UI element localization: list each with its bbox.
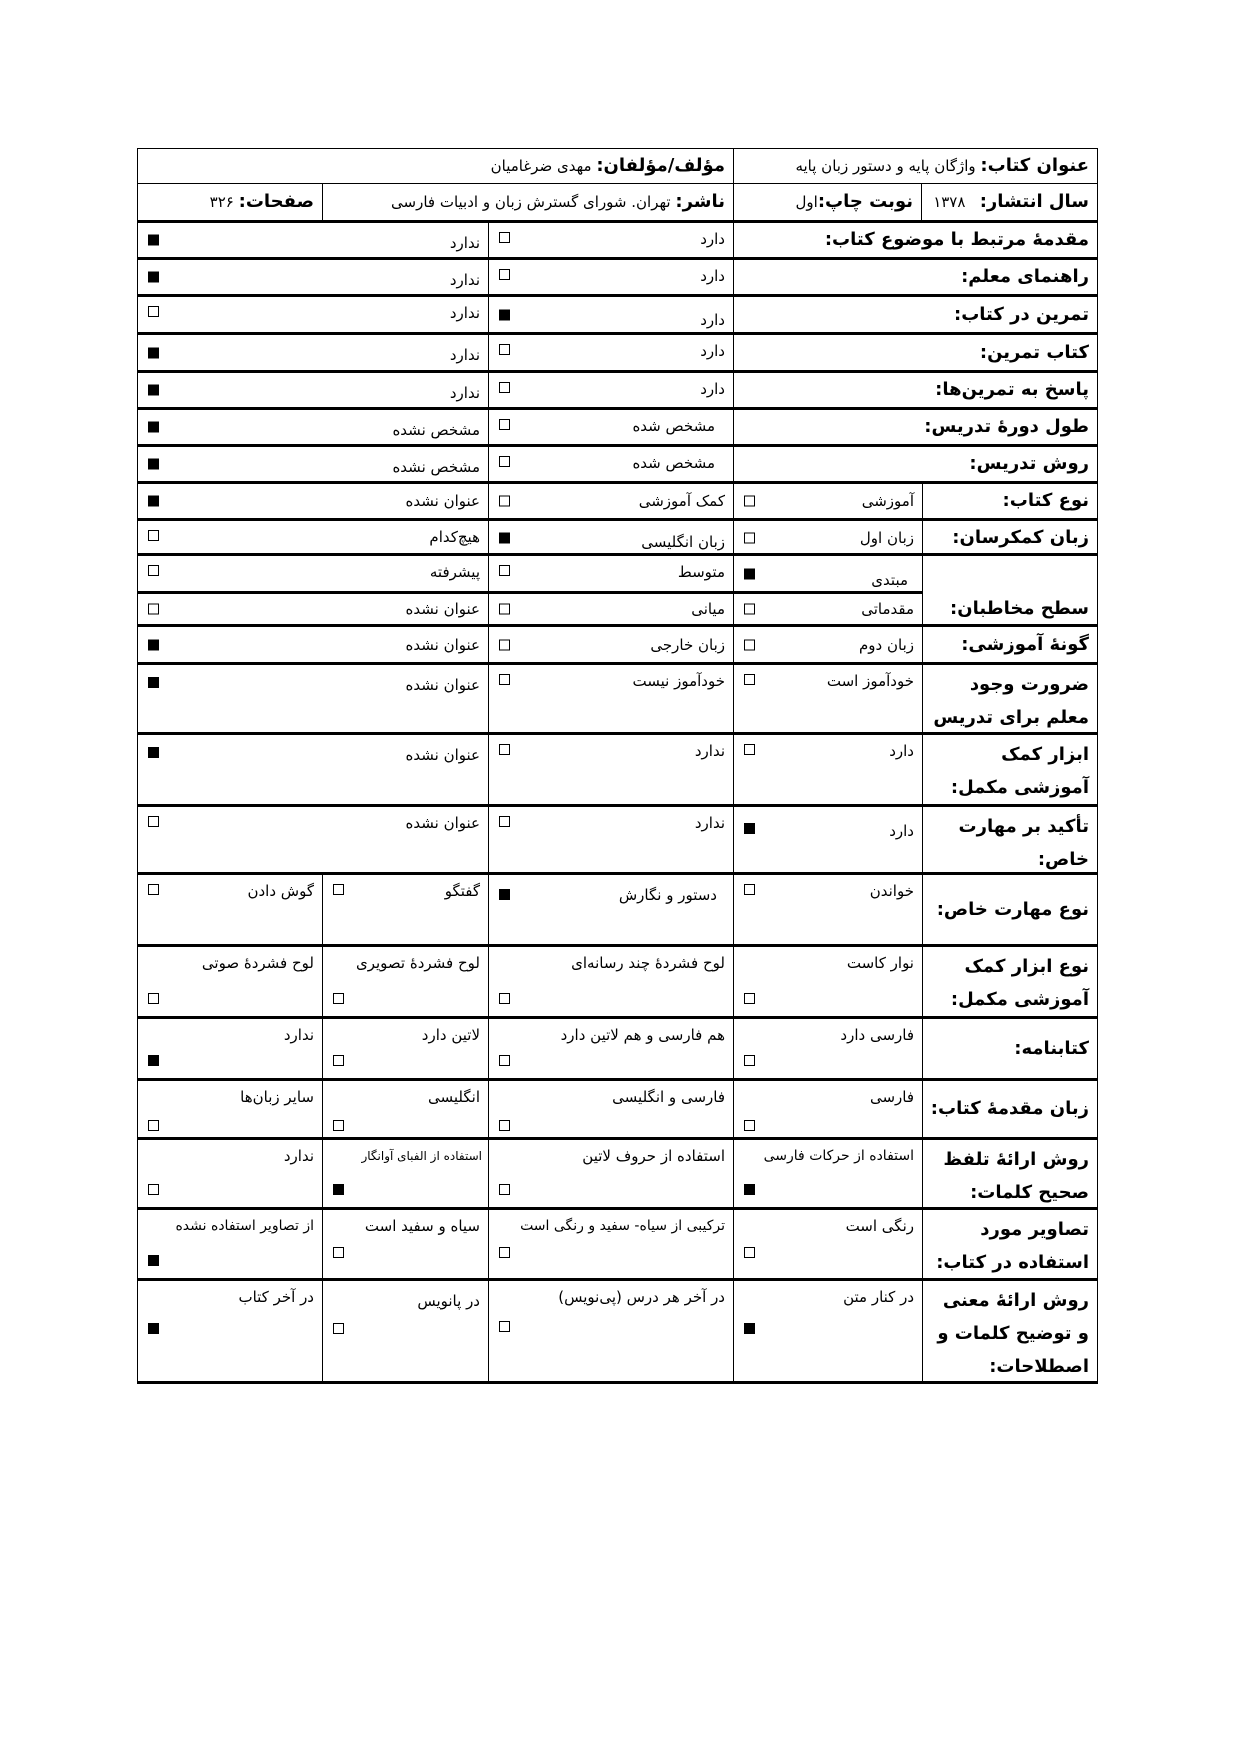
option-cell: هم فارسی و هم لاتین دارد [488,1016,734,1079]
option-cell: لوح فشردهٔ چند رسانه‌ای [488,944,734,1017]
checkbox-checked[interactable] [148,385,159,396]
checkbox-unchecked[interactable] [499,419,510,430]
checkbox-unchecked[interactable] [333,884,344,895]
checkbox-unchecked[interactable] [744,604,755,615]
option-cell: ندارد [488,804,734,873]
row-label-skill-emphasis: تأکید بر مهارت خاص: [922,804,1098,873]
option-cell: نوار کاست [733,944,923,1017]
checkbox-unchecked[interactable] [499,344,510,355]
option-cell: گفتگو [322,872,489,945]
option-cell: مشخص نشده [137,407,489,445]
book-title-label: عنوان کتاب: [980,155,1089,176]
option-cell: در آخر هر درس (پی‌نویس) [488,1278,734,1384]
checkbox-unchecked[interactable] [744,1120,755,1131]
row-label-images: تصاویر مورد استفاده در کتاب: [922,1207,1098,1279]
checkbox-unchecked[interactable] [333,1247,344,1258]
edition-cell: نوبت چاپ:اول [733,183,922,221]
option-cell: عنوان نشده [137,624,489,663]
checkbox-checked[interactable] [148,1255,159,1266]
checkbox-unchecked[interactable] [148,604,159,615]
checkbox-unchecked[interactable] [499,1184,510,1195]
checkbox-checked[interactable] [333,1184,344,1195]
checkbox-checked[interactable] [148,1055,159,1066]
row-label-pronunciation: روش ارائهٔ تلفظ صحیح کلمات: [922,1137,1098,1208]
checkbox-unchecked[interactable] [744,744,755,755]
row-label-educational-type: گونهٔ آموزشی: [922,624,1098,663]
checkbox-unchecked[interactable] [744,532,755,543]
checkbox-unchecked[interactable] [148,1120,159,1131]
author-label: مؤلف/مؤلفان: [596,155,725,176]
row-label-workbook: کتاب تمرین: [733,332,1098,371]
checkbox-unchecked[interactable] [499,1120,510,1131]
option-cell: خواندن [733,872,923,945]
checkbox-unchecked[interactable] [744,639,755,650]
checkbox-unchecked[interactable] [499,269,510,280]
checkbox-checked[interactable] [148,747,159,758]
checkbox-unchecked[interactable] [333,1323,344,1334]
option-cell: خودآموز نیست [488,662,734,733]
option-cell: دارد [488,257,734,295]
option-cell: عنوان نشده [137,591,489,625]
author-cell: مؤلف/مؤلفان: مهدی ضرغامیان [137,148,734,185]
document-page: عنوان کتاب: واژگان پایه و دستور زبان پای… [0,0,1241,1755]
option-cell: سیاه و سفید است [322,1207,489,1279]
option-cell: دستور و نگارش [488,872,734,945]
option-cell: زبان خارجی [488,624,734,663]
option-cell: ندارد [137,220,489,258]
option-cell: ندارد [137,332,489,371]
checkbox-unchecked[interactable] [148,565,159,576]
option-cell: مشخص شده [488,407,734,445]
option-cell: دارد [488,294,734,333]
option-cell: متوسط [488,553,734,593]
option-cell: فارسی [733,1078,923,1138]
option-cell: دارد [733,732,923,805]
checkbox-unchecked[interactable] [499,565,510,576]
option-cell: ندارد [137,294,489,333]
year-cell: سال انتشار: ۱۳۷۸ [921,183,1098,221]
year-value: ۱۳۷۸ [933,193,965,211]
checkbox-unchecked[interactable] [333,1055,344,1066]
option-cell: کمک آموزشی [488,481,734,519]
row-label-tool-type: نوع ابزار کمک آموزشی مکمل: [922,944,1098,1017]
option-cell: دارد [488,332,734,371]
pages-value: ۳۲۶ [210,193,234,211]
checkbox-checked[interactable] [148,639,159,650]
checkbox-unchecked[interactable] [148,306,159,317]
checkbox-unchecked[interactable] [744,674,755,685]
option-cell: مشخص نشده [137,444,489,482]
checkbox-unchecked[interactable] [499,232,510,243]
checkbox-checked[interactable] [148,677,159,688]
checkbox-unchecked[interactable] [333,1120,344,1131]
option-cell: پیشرفته [137,553,489,593]
checkbox-unchecked[interactable] [744,1055,755,1066]
book-title-value: واژگان پایه و دستور زبان پایه [795,157,975,175]
pages-label: صفحات: [239,191,314,212]
pages-cell: صفحات: ۳۲۶ [137,183,323,221]
publisher-cell: ناشر: تهران. شورای گسترش زبان و ادبیات ف… [322,183,734,221]
option-cell: ندارد [488,732,734,805]
checkbox-checked[interactable] [148,235,159,246]
option-cell: سایر زبان‌ها [137,1078,323,1138]
option-cell: ترکیبی از سیاه- سفید و رنگی است [488,1207,734,1279]
checkbox-checked[interactable] [499,889,510,900]
edition-value: اول [796,193,818,211]
option-cell: عنوان نشده [137,732,489,805]
option-cell: فارسی دارد [733,1016,923,1079]
row-label-teaching-method: روش تدریس: [733,444,1098,482]
checkbox-unchecked[interactable] [148,1184,159,1195]
checkbox-unchecked[interactable] [148,993,159,1004]
checkbox-unchecked[interactable] [499,1247,510,1258]
checkbox-unchecked[interactable] [499,604,510,615]
year-label: سال انتشار: [980,191,1089,212]
checkbox-unchecked[interactable] [499,639,510,650]
option-cell: مقدماتی [733,591,923,625]
option-cell: لاتین دارد [322,1016,489,1079]
checkbox-checked[interactable] [148,347,159,358]
checkbox-checked[interactable] [148,459,159,470]
option-cell: دارد [488,220,734,258]
row-label-answers: پاسخ به تمرین‌ها: [733,370,1098,408]
option-cell: استفاده از حرکات فارسی [733,1137,923,1208]
book-title-cell: عنوان کتاب: واژگان پایه و دستور زبان پای… [733,148,1098,185]
option-cell: عنوان نشده [137,662,489,733]
option-cell: خودآموز است [733,662,923,733]
option-cell: در کنار متن [733,1278,923,1384]
option-cell: ندارد [137,370,489,408]
option-cell: ندارد [137,257,489,295]
row-label-exercises: تمرین در کتاب: [733,294,1098,333]
row-label-meaning-presentation: روش ارائهٔ معنی و توضیح کلمات و اصطلاحات… [922,1278,1098,1384]
option-cell: زبان اول [733,518,923,555]
option-cell: گوش دادن [137,872,323,945]
checkbox-unchecked[interactable] [744,1247,755,1258]
row-label-intro-language: زبان مقدمهٔ کتاب: [922,1078,1098,1138]
option-cell: هیچ‌کدام [137,518,489,555]
checkbox-checked[interactable] [744,1184,755,1195]
row-label-book-type: نوع کتاب: [922,481,1098,519]
checkbox-checked[interactable] [744,1323,755,1334]
checkbox-unchecked[interactable] [499,816,510,827]
checkbox-checked[interactable] [148,1323,159,1334]
row-label-bibliography: کتابنامه: [922,1016,1098,1079]
option-cell: در آخر کتاب [137,1278,323,1384]
option-cell: دارد [488,370,734,408]
option-cell: استفاده از حروف لاتین [488,1137,734,1208]
checkbox-unchecked[interactable] [744,993,755,1004]
checkbox-unchecked[interactable] [499,1055,510,1066]
checkbox-unchecked[interactable] [744,496,755,507]
row-label-skill-type: نوع مهارت خاص: [922,872,1098,945]
checkbox-unchecked[interactable] [499,382,510,393]
option-cell: استفاده از الفبای آوانگار [322,1137,489,1208]
checkbox-checked[interactable] [499,309,510,320]
option-cell: رنگی است [733,1207,923,1279]
checkbox-checked[interactable] [744,823,755,834]
checkbox-unchecked[interactable] [499,993,510,1004]
option-cell: از تصاویر استفاده نشده [137,1207,323,1279]
option-cell: دارد [733,804,923,873]
option-cell: ندارد [137,1016,323,1079]
option-cell: مشخص شده [488,444,734,482]
option-cell: میانی [488,591,734,625]
publisher-value: تهران. شورای گسترش زبان و ادبیات فارسی [391,193,671,211]
option-cell: آموزشی [733,481,923,519]
checkbox-unchecked[interactable] [148,884,159,895]
checkbox-checked[interactable] [744,569,755,580]
checkbox-checked[interactable] [148,422,159,433]
checkbox-unchecked[interactable] [499,496,510,507]
option-cell: عنوان نشده [137,481,489,519]
checkbox-unchecked[interactable] [499,456,510,467]
checkbox-checked[interactable] [148,496,159,507]
option-cell: لوح فشردهٔ تصویری [322,944,489,1017]
checkbox-unchecked[interactable] [499,744,510,755]
row-label-intro: مقدمهٔ مرتبط با موضوع کتاب: [733,220,1098,258]
author-value: مهدی ضرغامیان [491,157,592,175]
option-cell: فارسی و انگلیسی [488,1078,734,1138]
option-cell: زبان انگلیسی [488,518,734,555]
checkbox-unchecked[interactable] [148,816,159,827]
row-label-helper-language: زبان کمکرسان: [922,518,1098,555]
checkbox-unchecked[interactable] [333,993,344,1004]
option-cell: عنوان نشده [137,804,489,873]
option-cell: مبتدی [733,553,923,593]
checkbox-unchecked[interactable] [148,530,159,541]
edition-label: نوبت چاپ: [818,191,913,212]
row-label-teacher-necessity: ضرورت وجود معلم برای تدریس کتاب: [922,662,1098,733]
option-cell: ندارد [137,1137,323,1208]
checkbox-unchecked[interactable] [499,1321,510,1332]
checkbox-unchecked[interactable] [744,884,755,895]
row-label-course-length: طول دورهٔ تدریس: [733,407,1098,445]
option-cell: لوح فشردهٔ صوتی [137,944,323,1017]
publisher-label: ناشر: [675,191,725,212]
option-cell: انگلیسی [322,1078,489,1138]
row-label-teacher-guide: راهنمای معلم: [733,257,1098,295]
checkbox-unchecked[interactable] [499,674,510,685]
option-cell: در پانویس [322,1278,489,1384]
checkbox-checked[interactable] [499,532,510,543]
option-cell: زبان دوم [733,624,923,663]
checkbox-checked[interactable] [148,272,159,283]
row-label-supplementary-tools: ابزار کمک آموزشی مکمل: [922,732,1098,805]
